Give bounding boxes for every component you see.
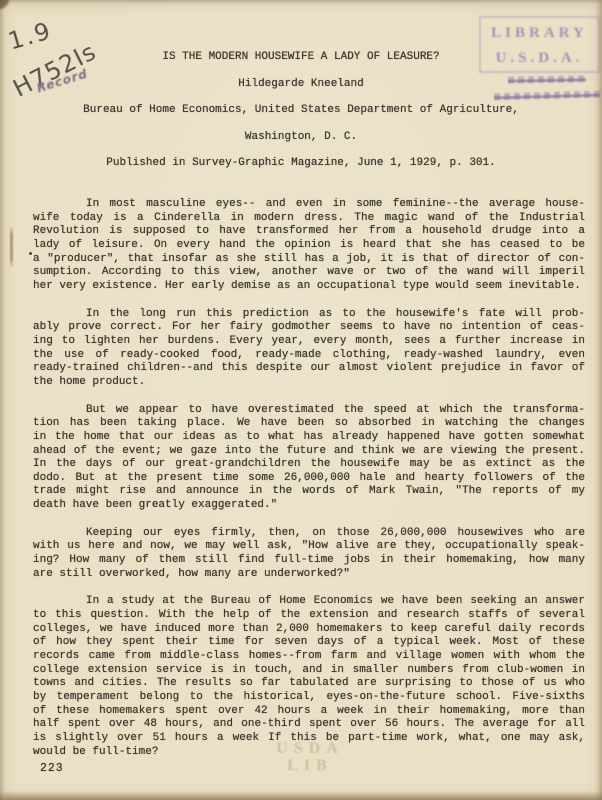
text-line: ready-trained children--and this despite… xyxy=(33,362,585,376)
text-line: sumption. According to this view, anothe… xyxy=(33,266,585,280)
text-line: Keeping our eyes firmly, then, on those … xyxy=(33,527,585,541)
text-line: trade might rise and announce in the wor… xyxy=(33,485,585,499)
document-body: In most masculine eyes-- and even in som… xyxy=(33,198,585,773)
text-line: half spent over 48 hours, and one-third … xyxy=(33,718,585,732)
text-line: In most masculine eyes-- and even in som… xyxy=(33,198,585,212)
paragraph: In the long run this prediction as to th… xyxy=(33,308,585,390)
text-line: the home product. xyxy=(33,376,585,390)
text-line: In a study at the Bureau of Home Economi… xyxy=(33,595,585,609)
text-line: ing to lighten her burdens. Every year, … xyxy=(33,335,585,349)
text-line: In the days of our great-grandchildren t… xyxy=(33,458,585,472)
text-line: Revolution is supposed to have transform… xyxy=(33,225,585,239)
document-header: IS THE MODERN HOUSEWIFE A LADY OF LEASUR… xyxy=(0,44,602,177)
text-line: the use of ready-cooked food, ready-made… xyxy=(33,349,585,363)
scanned-document-page: 1.9 H752Is Record LIBRARY U.S.D.A. IS TH… xyxy=(0,0,602,800)
text-line: wife today is a Cinderella in modern dre… xyxy=(33,212,585,226)
text-line: of these homemakers spent over 42 hours … xyxy=(33,705,585,719)
document-publication: Published in Survey-Graphic Magazine, Ju… xyxy=(0,150,602,177)
embossed-stamp-line2: LIB xyxy=(240,757,380,774)
paragraph: Keeping our eyes firmly, then, on those … xyxy=(33,527,585,582)
document-organization: Bureau of Home Economics, United States … xyxy=(0,97,602,124)
text-line: ing? How many of them still find full-ti… xyxy=(33,554,585,568)
text-line: In the long run this prediction as to th… xyxy=(33,308,585,322)
scan-streak-artifact xyxy=(10,226,13,268)
document-author: Hildegarde Kneeland xyxy=(0,71,602,98)
paragraph: In most masculine eyes-- and even in som… xyxy=(33,198,585,294)
scan-corner-mark xyxy=(0,0,9,9)
paragraph: But we appear to have overestimated the … xyxy=(33,404,585,513)
text-line: are still overworked, how many are under… xyxy=(33,568,585,582)
text-line: lady of leisure. On every hand the opini… xyxy=(33,239,585,253)
text-line: in the home that our ideas as to what ha… xyxy=(33,431,585,445)
page-number: 223 xyxy=(40,762,64,775)
text-line: ahead of the event; we gaze into the fut… xyxy=(33,445,585,459)
text-line: college extension service is in touch, a… xyxy=(33,664,585,678)
paragraph: In a study at the Bureau of Home Economi… xyxy=(33,595,585,759)
text-line: her very existence. Her early demise as … xyxy=(33,280,585,294)
text-line: by temperament belong to the historical,… xyxy=(33,691,585,705)
text-line: records came from middle-class homes--fr… xyxy=(33,650,585,664)
text-line: of how they spent their time for seven d… xyxy=(33,636,585,650)
embossed-stamp-line1: USDA xyxy=(240,740,380,757)
document-title: IS THE MODERN HOUSEWIFE A LADY OF LEASUR… xyxy=(0,44,602,71)
text-line: But we appear to have overestimated the … xyxy=(33,404,585,418)
document-location: Washington, D. C. xyxy=(0,124,602,151)
text-line: ably prove correct. For her fairy godmot… xyxy=(33,321,585,335)
text-line: a "producer", that insofar as she still … xyxy=(33,253,585,267)
text-line: colleges, we have induced more than 2,00… xyxy=(33,623,585,637)
text-line: to this question. With the help of the e… xyxy=(33,609,585,623)
text-line: tion has been taking place. We have been… xyxy=(33,417,585,431)
text-line: towns and cities. The results so far tab… xyxy=(33,677,585,691)
text-line: death have been greatly exaggerated." xyxy=(33,499,585,513)
text-line: with us here and now, we may well ask, "… xyxy=(33,540,585,554)
text-line: dodo. But at the present time some 26,00… xyxy=(33,472,585,486)
library-stamp-line1: LIBRARY xyxy=(481,21,598,46)
stray-ink-dot xyxy=(29,252,32,255)
embossed-library-stamp: USDA LIB xyxy=(240,740,380,774)
